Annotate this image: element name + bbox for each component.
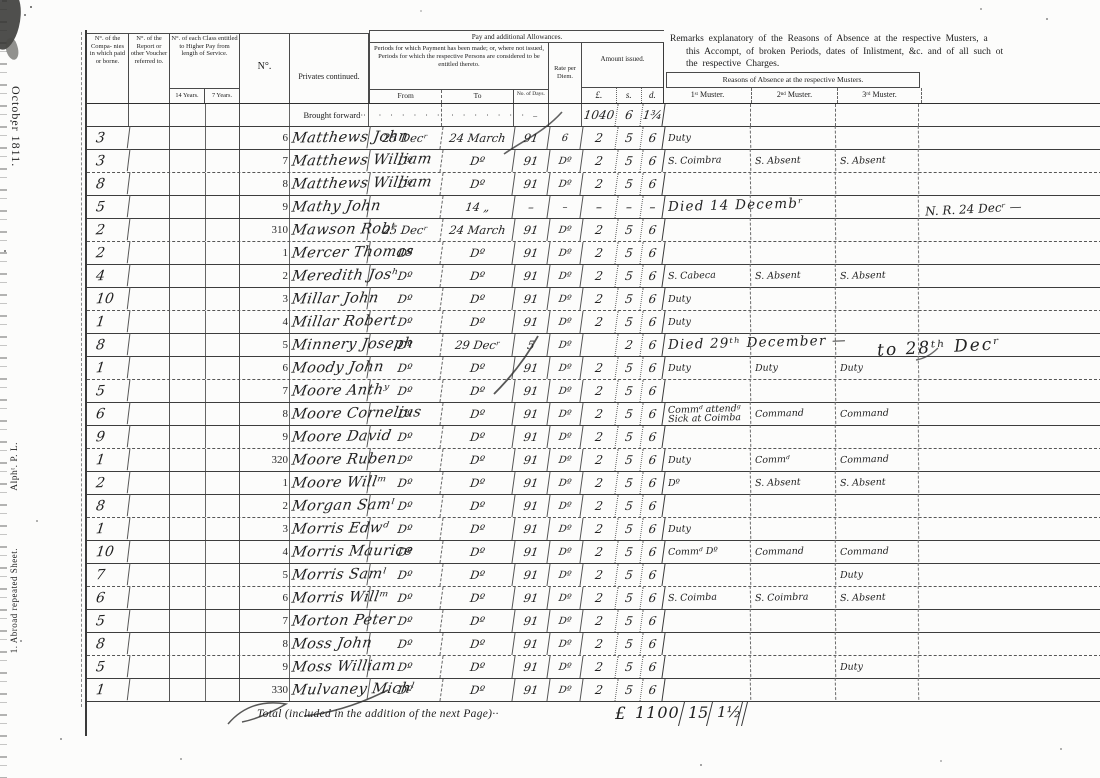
header-first-muster: 1ˢᵗ Muster. (664, 88, 752, 103)
brought-forward-pounds: 1040 (580, 104, 618, 126)
to-date-cell: 29 Decʳ (440, 334, 515, 356)
table-row: 2 1 Moore Willᵐ Dº Dº 91 Dº 2 5 6 Dº S. … (87, 472, 1100, 495)
second-muster-remark: Command (751, 402, 837, 426)
company-cell: 4 (86, 264, 131, 287)
third-muster-remark (836, 678, 920, 702)
third-muster-remark (836, 126, 920, 150)
table-row: 5 9 Mathy John 14 „ – – – – – Died 14 De… (87, 196, 1100, 219)
pounds-cell: 2 (580, 173, 618, 195)
header-from: From (370, 90, 442, 103)
second-muster-remark (751, 609, 837, 633)
second-muster-remark: S. Coimbra (751, 586, 837, 610)
report-cell (129, 426, 170, 448)
fourteen-years-cell (170, 610, 206, 632)
first-muster-remark: S. Coimba (664, 586, 752, 610)
total-currency-symbol: £ (615, 704, 626, 724)
report-cell (129, 472, 170, 494)
third-muster-remark (836, 632, 920, 656)
total-pounds: 1100 (635, 703, 680, 722)
first-muster-remark: Commᵈ Dº (664, 540, 752, 564)
company-cell: 8 (86, 494, 131, 517)
to-date-cell: Dº (440, 564, 515, 586)
to-date-cell: Dº (440, 587, 515, 609)
table-row: 7 5 Morris Samˡ Dº Dº 91 Dº 2 5 6 Duty (87, 564, 1100, 587)
number-cell: 2 (240, 265, 290, 287)
to-date-cell: Dº (440, 357, 515, 379)
shillings-cell: 5 (615, 173, 643, 195)
pounds-cell: 2 (580, 633, 618, 655)
first-muster-remark (664, 379, 752, 403)
days-cell: 5 (512, 334, 550, 356)
private-name: Moss John (288, 632, 371, 655)
pence-cell: 6 (640, 380, 665, 402)
total-shillings: 15 (688, 703, 708, 722)
header-remarks: Remarks explanatory of the Reasons of Ab… (664, 30, 1100, 103)
second-muster-remark (751, 425, 837, 449)
pounds-cell: 2 (580, 610, 618, 632)
company-cell: 6 (86, 402, 131, 425)
days-cell: 91 (512, 518, 550, 540)
header-remarks-text: Remarks explanatory of the Reasons of Ab… (670, 33, 1100, 71)
days-cell: 91 (512, 495, 550, 517)
seven-years-cell (206, 633, 240, 655)
number-cell: 310 (240, 219, 290, 241)
number-cell: 9 (240, 656, 290, 678)
private-name: Meredith Josʰ (288, 264, 371, 287)
rate-cell: Dº (547, 610, 583, 632)
number-cell: 2 (240, 495, 290, 517)
private-name: Moss William (288, 655, 371, 678)
shillings-cell: 5 (615, 311, 643, 333)
company-cell: 3 (86, 149, 131, 172)
shillings-cell: 5 (615, 679, 643, 701)
number-cell: 4 (240, 311, 290, 333)
pounds-cell: 2 (580, 518, 618, 540)
report-cell (129, 518, 170, 540)
seven-years-cell (206, 127, 240, 149)
first-muster-remark: Duty (664, 310, 752, 334)
table-row: 2 1 Mercer Thomas Dº Dº 91 Dº 2 5 6 (87, 242, 1100, 265)
days-cell: 91 (512, 587, 550, 609)
scanned-muster-sheet: October 1811. Alphᵗ. P. L. 1. Abroad rep… (0, 0, 1100, 778)
to-date-cell: Dº (440, 495, 515, 517)
number-cell: 6 (240, 357, 290, 379)
number-cell: 9 (240, 426, 290, 448)
report-cell (129, 173, 170, 195)
pounds-cell: 2 (580, 541, 618, 563)
pence-cell: 6 (640, 219, 665, 241)
days-cell: 91 (512, 426, 550, 448)
rate-cell: Dº (547, 173, 583, 195)
header-pounds: £. (582, 88, 617, 103)
pounds-cell: 2 (580, 380, 618, 402)
first-muster-remark: Died 29ᵗʰ December — (664, 333, 752, 357)
second-muster-remark (751, 126, 837, 150)
header-periods-text: Periods for which Payment has been made;… (370, 43, 548, 69)
pence-cell: 6 (640, 127, 665, 149)
company-cell: 5 (86, 195, 131, 218)
brought-forward-label: Brought forward·· (290, 104, 369, 126)
days-cell: 91 (512, 173, 550, 195)
report-cell (129, 357, 170, 379)
seven-years-cell (206, 242, 240, 264)
days-cell: 91 (512, 380, 550, 402)
fourteen-years-cell (170, 679, 206, 701)
fourteen-years-cell (170, 127, 206, 149)
shillings-cell: 5 (615, 357, 643, 379)
second-muster-remark (751, 494, 837, 518)
rate-cell: – (547, 196, 583, 218)
to-date-cell: Dº (440, 426, 515, 448)
pence-cell: 6 (640, 242, 665, 264)
first-muster-remark: Died 14 Decembʳ (664, 195, 752, 219)
header-higher-pay-text: N°. of each Class entitled to Higher Pay… (170, 34, 239, 59)
table-row: 1 320 Moore Ruben Dº Dº 91 Dº 2 5 6 Duty… (87, 449, 1100, 472)
private-name: Mulvaney Michˡ (288, 678, 371, 701)
days-cell: 91 (512, 288, 550, 310)
private-name: Morris Willᵐ (288, 586, 371, 609)
to-date-cell: Dº (440, 518, 515, 540)
scan-speckles (0, 0, 2, 2)
header-number: N°. (240, 33, 290, 103)
seven-years-cell (206, 380, 240, 402)
pence-cell: 6 (640, 150, 665, 172)
report-cell (129, 449, 170, 471)
table-row: 8 5 Minnery Joseph Dº 29 Decʳ 5 Dº 2 6 D… (87, 334, 1100, 357)
report-cell (129, 150, 170, 172)
margin-note-sheet: 1. Abroad repeated Sheet. (9, 548, 19, 653)
private-name: Morris Edwᵈ (288, 517, 371, 540)
table-row: 5 9 Moss William Dº Dº 91 Dº 2 5 6 Duty (87, 656, 1100, 679)
days-cell: 91 (512, 610, 550, 632)
first-muster-remark: Commᵈ attendᵍ Sick at Coimba (664, 402, 752, 426)
second-muster-remark: S. Absent (751, 149, 837, 173)
company-cell: 5 (86, 379, 131, 402)
report-cell (129, 495, 170, 517)
report-cell (129, 311, 170, 333)
rate-cell: 6 (547, 127, 583, 149)
private-name: Millar Robert (288, 310, 371, 333)
report-cell (129, 656, 170, 678)
third-muster-remark (836, 517, 920, 541)
pence-cell: 6 (640, 449, 665, 471)
rate-cell: Dº (547, 288, 583, 310)
second-muster-remark (751, 655, 837, 679)
pence-cell: 6 (640, 173, 665, 195)
first-muster-remark: Dº (664, 471, 752, 495)
first-muster-remark: Duty (664, 126, 752, 150)
pence-cell: 6 (640, 610, 665, 632)
table-row: 1 330 Mulvaney Michˡ Dº Dº 91 Dº 2 5 6 (87, 679, 1100, 702)
pounds-cell: 2 (580, 311, 618, 333)
private-name: Morton Peter (288, 609, 371, 632)
days-cell: 91 (512, 127, 550, 149)
company-cell: 5 (86, 609, 131, 632)
rate-cell: Dº (547, 150, 583, 172)
private-name: Morris Samˡ (288, 563, 371, 586)
number-cell: 9 (240, 196, 290, 218)
report-cell (129, 127, 170, 149)
pounds-cell: 2 (580, 357, 618, 379)
header-report-voucher: N°. of the Report or other Voucher refer… (129, 33, 170, 103)
seven-years-cell (206, 495, 240, 517)
number-cell: 320 (240, 449, 290, 471)
fourteen-years-cell (170, 219, 206, 241)
remarks-line-1: Remarks explanatory of the Reasons of Ab… (670, 34, 988, 44)
second-muster-remark (751, 632, 837, 656)
header-reasons-of-absence: Reasons of Absence at the respective Mus… (666, 72, 920, 88)
table-row: 5 7 Moore Anthʸ Dº Dº 91 Dº 2 5 6 (87, 380, 1100, 403)
rate-cell: Dº (547, 656, 583, 678)
days-cell: 91 (512, 357, 550, 379)
shillings-cell: 5 (615, 587, 643, 609)
company-cell: 9 (86, 425, 131, 448)
company-cell: 5 (86, 655, 131, 678)
second-muster-remark (751, 310, 837, 334)
second-muster-remark (751, 379, 837, 403)
pounds-cell: 2 (580, 219, 618, 241)
table-row: 2 310 Mawson Robᵗ 25 Decʳ 24 March 91 Dº… (87, 219, 1100, 242)
header-privates-label: Privates continued. (290, 72, 368, 81)
shillings-cell: 5 (615, 610, 643, 632)
header-second-muster: 2ⁿᵈ Muster. (752, 88, 838, 103)
table-row: 1 6 Moody John Dº Dº 91 Dº 2 5 6 Duty Du… (87, 357, 1100, 380)
first-muster-remark (664, 494, 752, 518)
third-muster-remark (836, 379, 920, 403)
days-cell: 91 (512, 679, 550, 701)
number-cell: 5 (240, 564, 290, 586)
fourteen-years-cell (170, 472, 206, 494)
seven-years-cell (206, 610, 240, 632)
second-muster-remark (751, 563, 837, 587)
shillings-cell: 5 (615, 426, 643, 448)
number-cell: 8 (240, 633, 290, 655)
seven-years-cell (206, 472, 240, 494)
to-date-cell: Dº (440, 541, 515, 563)
to-date-cell: Dº (440, 656, 515, 678)
seven-years-cell (206, 403, 240, 425)
to-date-cell: Dº (440, 472, 515, 494)
shillings-cell: 5 (615, 633, 643, 655)
number-cell: 7 (240, 610, 290, 632)
report-cell (129, 564, 170, 586)
private-name: Matthews William (288, 172, 371, 195)
number-cell: 7 (240, 150, 290, 172)
report-cell (129, 288, 170, 310)
seven-years-cell (206, 173, 240, 195)
private-name: Moody John (288, 356, 371, 379)
leader-dots: · – (514, 104, 549, 126)
company-cell: 1 (86, 310, 131, 333)
rate-cell: Dº (547, 587, 583, 609)
remarks-line-2: this Accompt, of broken Periods, dates o… (670, 46, 1100, 59)
number-cell: 8 (240, 173, 290, 195)
pounds-cell: 2 (580, 242, 618, 264)
third-muster-remark (836, 195, 920, 219)
margin-note-month: October 1811. (8, 86, 23, 167)
shillings-cell: 5 (615, 564, 643, 586)
table-row: 1 4 Millar Robert Dº Dº 91 Dº 2 5 6 Duty (87, 311, 1100, 334)
seven-years-cell (206, 449, 240, 471)
rate-cell: Dº (547, 426, 583, 448)
total-row: Total (included in the addition of the n… (87, 702, 1100, 736)
rate-cell: Dº (547, 219, 583, 241)
third-muster-remark (836, 609, 920, 633)
table-row: 9 9 Moore David Dº Dº 91 Dº 2 5 6 (87, 426, 1100, 449)
pounds-cell: 2 (580, 679, 618, 701)
second-muster-remark (751, 241, 837, 265)
header-days: No. of Days. (514, 90, 548, 103)
seven-years-cell (206, 265, 240, 287)
number-cell: 6 (240, 127, 290, 149)
brought-forward-shillings: 6 (615, 104, 643, 126)
header-higher-pay: N°. of each Class entitled to Higher Pay… (170, 33, 240, 103)
private-name: Minnery Joseph (288, 333, 371, 356)
shillings-cell: 5 (615, 495, 643, 517)
header-pence: d. (642, 88, 663, 103)
first-muster-remark (664, 172, 752, 196)
pounds-cell: 2 (580, 127, 618, 149)
fourteen-years-cell (170, 150, 206, 172)
pence-cell: 6 (640, 334, 665, 356)
first-muster-remark: Duty (664, 448, 752, 472)
second-muster-remark: Commᵈ (751, 448, 837, 472)
table-header: N°. of the Compa- nies in which paid or … (87, 30, 1100, 104)
seven-years-cell (206, 150, 240, 172)
rate-cell: Dº (547, 242, 583, 264)
private-name: Moore Cornelius (288, 402, 371, 425)
header-pay-title: Pay and additional Allowances. (369, 30, 664, 43)
private-name: Mercer Thomas (288, 241, 371, 264)
shillings-cell: 5 (615, 403, 643, 425)
private-name: Matthews John (288, 126, 371, 149)
to-date-cell: 14 „ (440, 196, 515, 218)
company-cell: 8 (86, 333, 131, 356)
fourteen-years-cell (170, 265, 206, 287)
fourteen-years-cell (170, 311, 206, 333)
pence-cell: 6 (640, 587, 665, 609)
to-date-cell: Dº (440, 403, 515, 425)
seven-years-cell (206, 564, 240, 586)
report-cell (129, 610, 170, 632)
fourteen-years-cell (170, 656, 206, 678)
second-muster-remark: S. Absent (751, 471, 837, 495)
to-date-cell: Dº (440, 679, 515, 701)
header-7-years: 7 Years. (205, 89, 239, 103)
table-row: 10 4 Morris Maurice Dº Dº 91 Dº 2 5 6 Co… (87, 541, 1100, 564)
header-shillings: s. (617, 88, 642, 103)
number-cell: 3 (240, 288, 290, 310)
report-cell (129, 380, 170, 402)
first-muster-remark: S. Cabeca (664, 264, 752, 288)
fourteen-years-cell (170, 288, 206, 310)
to-date-cell: Dº (440, 265, 515, 287)
third-muster-remark: Duty (836, 655, 920, 679)
fourteen-years-cell (170, 334, 206, 356)
header-periods: Periods for which Payment has been made;… (369, 43, 549, 103)
number-cell: 1 (240, 472, 290, 494)
table-row: 6 8 Moore Cornelius Dº Dº 91 Dº 2 5 6 Co… (87, 403, 1100, 426)
first-muster-remark: Duty (664, 356, 752, 380)
report-cell (129, 587, 170, 609)
private-name: Mathy John (288, 195, 371, 218)
private-name: Morris Maurice (288, 540, 371, 563)
pence-cell: 6 (640, 426, 665, 448)
rate-cell: Dº (547, 495, 583, 517)
first-muster-remark (664, 632, 752, 656)
seven-years-cell (206, 587, 240, 609)
fourteen-years-cell (170, 564, 206, 586)
pence-cell: 6 (640, 311, 665, 333)
seven-years-cell (206, 541, 240, 563)
company-cell: 8 (86, 172, 131, 195)
days-cell: 91 (512, 150, 550, 172)
report-cell (129, 242, 170, 264)
rate-cell: Dº (547, 679, 583, 701)
fourteen-years-cell (170, 380, 206, 402)
company-cell: 2 (86, 218, 131, 241)
seven-years-cell (206, 196, 240, 218)
seven-years-cell (206, 311, 240, 333)
scan-edge-artifact (0, 0, 7, 778)
third-muster-remark (836, 218, 920, 242)
days-cell: 91 (512, 403, 550, 425)
pence-cell: 6 (640, 633, 665, 655)
shillings-cell: 5 (615, 288, 643, 310)
rate-cell: Dº (547, 564, 583, 586)
fourteen-years-cell (170, 587, 206, 609)
shillings-cell: 5 (615, 219, 643, 241)
number-cell: 330 (240, 679, 290, 701)
days-cell: 91 (512, 449, 550, 471)
pence-cell: 6 (640, 265, 665, 287)
private-name: Moore Anthʸ (288, 379, 371, 402)
number-cell: 6 (240, 587, 290, 609)
third-muster-remark: S. Absent (836, 264, 920, 288)
pence-cell: 6 (640, 541, 665, 563)
fourteen-years-cell (170, 357, 206, 379)
first-muster-remark (664, 655, 752, 679)
shillings-cell: 5 (615, 518, 643, 540)
seven-years-cell (206, 426, 240, 448)
seven-years-cell (206, 518, 240, 540)
report-cell (129, 541, 170, 563)
second-muster-remark: Command (751, 540, 837, 564)
report-cell (129, 196, 170, 218)
third-muster-remark: Command (836, 448, 920, 472)
pounds-cell: – (580, 196, 618, 218)
report-cell (129, 219, 170, 241)
rate-cell: Dº (547, 633, 583, 655)
seven-years-cell (206, 288, 240, 310)
pounds-cell: 2 (580, 288, 618, 310)
number-cell: 4 (240, 541, 290, 563)
fourteen-years-cell (170, 541, 206, 563)
to-date-cell: Dº (440, 449, 515, 471)
number-cell: 7 (240, 380, 290, 402)
to-date-cell: Dº (440, 311, 515, 333)
seven-years-cell (206, 219, 240, 241)
days-cell: – (512, 196, 550, 218)
table-row: 5 7 Morton Peter Dº Dº 91 Dº 2 5 6 (87, 610, 1100, 633)
company-cell: 2 (86, 241, 131, 264)
header-rate-per-diem: Rate per Diem. (549, 43, 582, 103)
second-muster-remark: Duty (751, 356, 837, 380)
private-name: Millar John (288, 287, 371, 310)
third-muster-remark: Command (836, 540, 920, 564)
table-row: 8 8 Matthews William Dº Dº 91 Dº 2 5 6 (87, 173, 1100, 196)
days-cell: 91 (512, 219, 550, 241)
